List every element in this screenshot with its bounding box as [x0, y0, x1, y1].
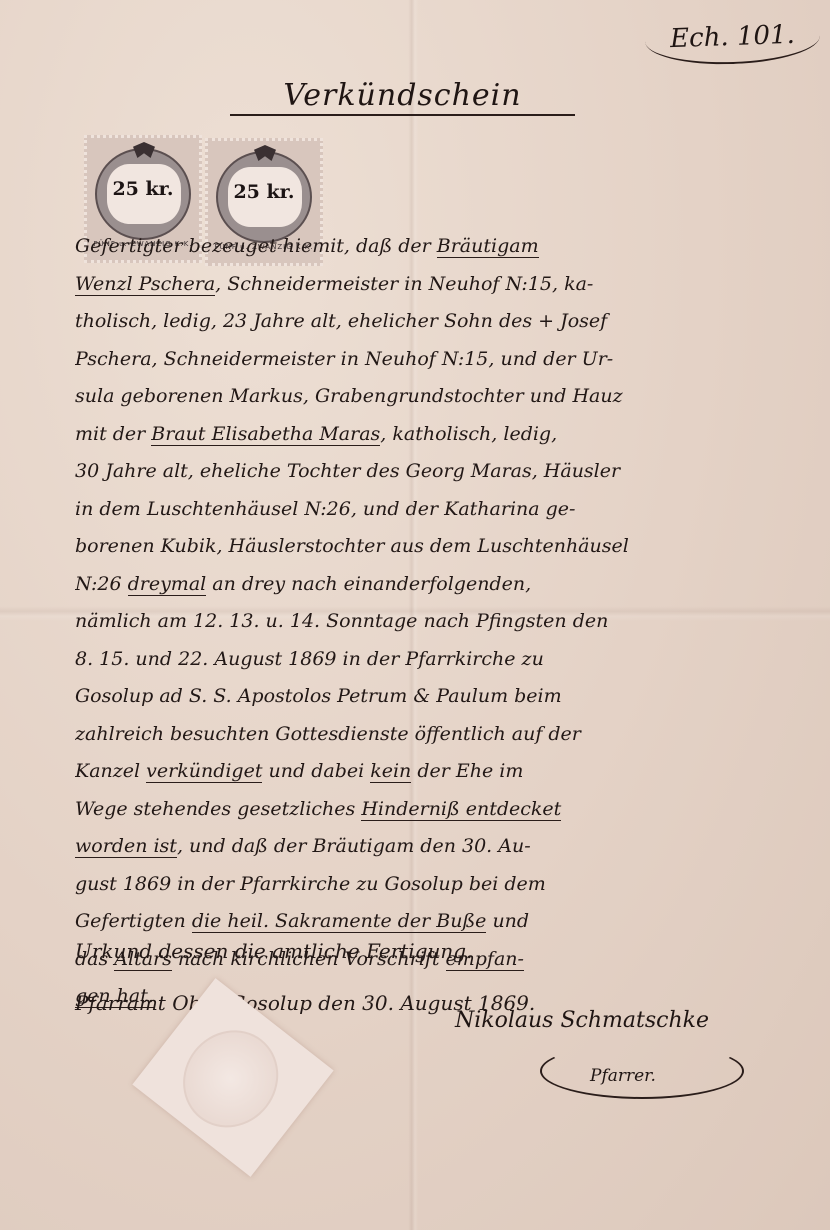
body-line: 8. 15. und 22. August 1869 in der Pfarrk…	[75, 641, 815, 679]
document-title: Verkündschein	[230, 78, 575, 116]
body-line: zahlreich besuchten Gottesdienste öffent…	[75, 716, 815, 754]
stamp-value: 25 kr.	[87, 178, 199, 200]
body-line: tholisch, ledig, 23 Jahre alt, ehelicher…	[75, 303, 815, 341]
line-text: Kanzel	[75, 760, 146, 782]
body-line: sula geborenen Markus, Grabengrundstocht…	[75, 378, 815, 416]
certificate-body: Gefertigter bezeuget hiemit, daß der Brä…	[75, 228, 815, 1016]
body-line: Gosolup ad S. S. Apostolos Petrum & Paul…	[75, 678, 815, 716]
line-text: und dabei	[262, 760, 370, 782]
body-line: nämlich am 12. 13. u. 14. Sonntage nach …	[75, 603, 815, 641]
underlined-text: worden ist	[75, 835, 177, 858]
attestation-line: Urkund dessen die amtliche Fertigung.	[75, 925, 775, 977]
document-page: Ech. 101. Verkündschein 25 kr. FÜNF u. Z…	[0, 0, 830, 1230]
body-line: 30 Jahre alt, eheliche Tochter des Georg…	[75, 453, 815, 491]
underlined-text: kein	[370, 760, 411, 783]
signature-block: Nikolaus Schmatschke Pfarrer.	[455, 1008, 755, 1108]
line-text: , katholisch, ledig,	[380, 423, 557, 445]
underlined-text: Hinderniß entdecket	[361, 798, 561, 821]
body-line: Kanzel verkündiget und dabei kein der Eh…	[75, 753, 815, 791]
line-text: mit der	[75, 423, 151, 445]
line-text: an drey nach einanderfolgenden,	[206, 573, 531, 595]
underlined-text: Bräutigam	[437, 235, 539, 258]
line-text: Gefertigter bezeuget hiemit, daß der	[75, 235, 437, 257]
body-line: Wenzl Pschera, Schneidermeister in Neuho…	[75, 266, 815, 304]
stamp-value: 25 kr.	[208, 181, 320, 203]
seal-emboss-icon	[164, 1011, 298, 1146]
body-line: N:26 dreymal an drey nach einanderfolgen…	[75, 566, 815, 604]
signatory-name: Nikolaus Schmatschke	[455, 1008, 709, 1033]
body-line: Gefertigter bezeuget hiemit, daß der Brä…	[75, 228, 815, 266]
line-text: Wege stehendes gesetzliches	[75, 798, 361, 820]
line-text: der Ehe im	[411, 760, 523, 782]
line-text: N:26	[75, 573, 128, 595]
line-text: , und daß der Bräutigam den 30. Au-	[177, 835, 531, 857]
body-line: Wege stehendes gesetzliches Hinderniß en…	[75, 791, 815, 829]
line-text: , Schneidermeister in Neuhof N:15, ka-	[215, 273, 593, 295]
body-line: in dem Luschtenhäusel N:26, und der Kath…	[75, 491, 815, 529]
underlined-text: Braut Elisabetha Maras	[151, 423, 380, 446]
underlined-text: Wenzl Pschera	[75, 273, 215, 296]
underlined-text: dreymal	[128, 573, 207, 596]
body-line: worden ist, und daß der Bräutigam den 30…	[75, 828, 815, 866]
body-line: mit der Braut Elisabetha Maras, katholis…	[75, 416, 815, 454]
reference-mark: Ech. 101.	[644, 9, 821, 67]
underlined-text: verkündiget	[146, 760, 262, 783]
body-line: Pschera, Schneidermeister in Neuhof N:15…	[75, 341, 815, 379]
signatory-role: Pfarrer.	[590, 1066, 656, 1086]
body-line: gust 1869 in der Pfarrkirche zu Gosolup …	[75, 866, 815, 904]
body-line: borenen Kubik, Häuslerstochter aus dem L…	[75, 528, 815, 566]
